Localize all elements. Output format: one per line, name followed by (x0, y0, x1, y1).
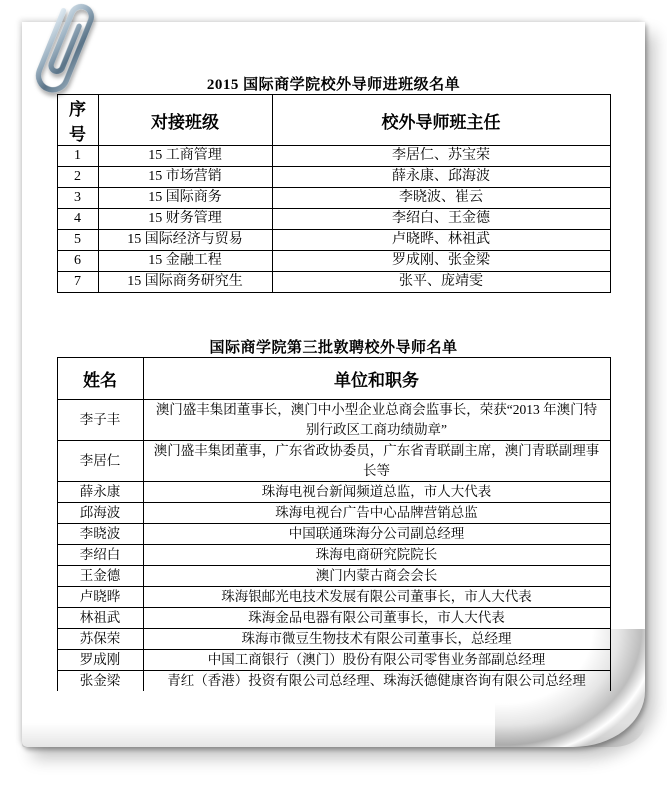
table-row: 张金梁青红（香港）投资有限公司总经理、珠海沃德健康咨询有限公司总经理 (57, 671, 610, 692)
table-cell: 李晓波 (57, 524, 143, 545)
table-cell: 卢晓晔 (57, 587, 143, 608)
table-cell: 1 (57, 146, 98, 167)
section2-title: 国际商学院第三批敦聘校外导师名单 (22, 339, 645, 357)
table-row: 李子丰澳门盛丰集团董事长，澳门中小型企业总商会监事长，荣获“2013 年澳门特别… (57, 400, 610, 441)
table-cell: 邱海波 (57, 503, 143, 524)
table-cell: 苏保荣 (57, 629, 143, 650)
table-cell: 3 (57, 188, 98, 209)
header-cell: 对接班级 (98, 95, 272, 146)
table-cell: 珠海电视台广告中心品牌营销总监 (143, 503, 610, 524)
table-cell: 卢晓晔、林祖武 (272, 230, 610, 251)
table-row: 邱海波珠海电视台广告中心品牌营销总监 (57, 503, 610, 524)
table-cell: 罗成刚 (57, 650, 143, 671)
table-cell: 李晓波、崔云 (272, 188, 610, 209)
table-row: 315 国际商务李晓波、崔云 (57, 188, 610, 209)
table-cell: 张平、庞靖雯 (272, 272, 610, 293)
table-cell: 15 金融工程 (98, 251, 272, 272)
table-header-row: 序号对接班级校外导师班主任 (57, 95, 610, 146)
table-cell: 15 国际商务 (98, 188, 272, 209)
table-cell: 薛永康、邱海波 (272, 167, 610, 188)
section1-title: 2015 国际商学院校外导师进班级名单 (22, 76, 645, 94)
table-cell: 罗成刚、张金梁 (272, 251, 610, 272)
header-cell: 校外导师班主任 (272, 95, 610, 146)
table-cell: 澳门盛丰集团董事长，澳门中小型企业总商会监事长，荣获“2013 年澳门特别行政区… (143, 400, 610, 441)
table-cell: 15 工商管理 (98, 146, 272, 167)
table-row: 115 工商管理李居仁、苏宝荣 (57, 146, 610, 167)
mentor-class-table: 序号对接班级校外导师班主任 115 工商管理李居仁、苏宝荣215 市场营销薛永康… (57, 94, 611, 293)
table-cell: 15 国际经济与贸易 (98, 230, 272, 251)
table-cell: 2 (57, 167, 98, 188)
table-cell: 李子丰 (57, 400, 143, 441)
table-cell: 李居仁、苏宝荣 (272, 146, 610, 167)
table-cell: 王金德 (57, 566, 143, 587)
table-cell: 6 (57, 251, 98, 272)
table-row: 薛永康珠海电视台新闻频道总监，市人大代表 (57, 482, 610, 503)
table-cell: 薛永康 (57, 482, 143, 503)
table-cell: 珠海市微豆生物技术有限公司董事长，总经理 (143, 629, 610, 650)
table-row: 415 财务管理李绍白、王金德 (57, 209, 610, 230)
table-row: 卢晓晔珠海银邮光电技术发展有限公司董事长，市人大代表 (57, 587, 610, 608)
table-cell: 珠海电商研究院院长 (143, 545, 610, 566)
document-page: 2015 国际商学院校外导师进班级名单 序号对接班级校外导师班主任 115 工商… (22, 22, 645, 747)
table-cell: 珠海金品电器有限公司董事长，市人大代表 (143, 608, 610, 629)
mentor-class-table-body: 115 工商管理李居仁、苏宝荣215 市场营销薛永康、邱海波315 国际商务李晓… (57, 146, 610, 293)
table-cell: 15 市场营销 (98, 167, 272, 188)
table-cell: 7 (57, 272, 98, 293)
table-cell: 李绍白 (57, 545, 143, 566)
table-cell: 中国工商银行（澳门）股份有限公司零售业务部副总经理 (143, 650, 610, 671)
table-cell: 15 国际商务研究生 (98, 272, 272, 293)
table-cell: 林祖武 (57, 608, 143, 629)
table-row: 李晓波中国联通珠海分公司副总经理 (57, 524, 610, 545)
table-row: 林祖武珠海金品电器有限公司董事长，市人大代表 (57, 608, 610, 629)
table-cell: 李绍白、王金德 (272, 209, 610, 230)
table-row: 李绍白珠海电商研究院院长 (57, 545, 610, 566)
table-row: 李居仁澳门盛丰集团董事，广东省政协委员，广东省青联副主席，澳门青联副理事长等 (57, 441, 610, 482)
table-cell: 4 (57, 209, 98, 230)
document-background: 2015 国际商学院校外导师进班级名单 序号对接班级校外导师班主任 115 工商… (0, 0, 667, 789)
table-cell: 青红（香港）投资有限公司总经理、珠海沃德健康咨询有限公司总经理 (143, 671, 610, 692)
table-row: 罗成刚中国工商银行（澳门）股份有限公司零售业务部副总经理 (57, 650, 610, 671)
mentor-list-table-body: 李子丰澳门盛丰集团董事长，澳门中小型企业总商会监事长，荣获“2013 年澳门特别… (57, 400, 610, 692)
table-cell: 珠海银邮光电技术发展有限公司董事长，市人大代表 (143, 587, 610, 608)
table-cell: 张金梁 (57, 671, 143, 692)
table-row: 715 国际商务研究生张平、庞靖雯 (57, 272, 610, 293)
table-cell: 珠海电视台新闻频道总监，市人大代表 (143, 482, 610, 503)
table-row: 515 国际经济与贸易卢晓晔、林祖武 (57, 230, 610, 251)
header-cell: 单位和职务 (143, 358, 610, 400)
table-header-row: 姓名单位和职务 (57, 358, 610, 400)
mentor-list-table: 姓名单位和职务 李子丰澳门盛丰集团董事长，澳门中小型企业总商会监事长，荣获“20… (57, 357, 611, 691)
table-cell: 中国联通珠海分公司副总经理 (143, 524, 610, 545)
header-cell: 姓名 (57, 358, 143, 400)
table-row: 615 金融工程罗成刚、张金梁 (57, 251, 610, 272)
table-row: 王金德澳门内蒙古商会会长 (57, 566, 610, 587)
table-row: 215 市场营销薛永康、邱海波 (57, 167, 610, 188)
table-cell: 澳门内蒙古商会会长 (143, 566, 610, 587)
table-cell: 5 (57, 230, 98, 251)
table-row: 苏保荣珠海市微豆生物技术有限公司董事长，总经理 (57, 629, 610, 650)
table-cell: 15 财务管理 (98, 209, 272, 230)
table-cell: 澳门盛丰集团董事，广东省政协委员，广东省青联副主席，澳门青联副理事长等 (143, 441, 610, 482)
table-cell: 李居仁 (57, 441, 143, 482)
